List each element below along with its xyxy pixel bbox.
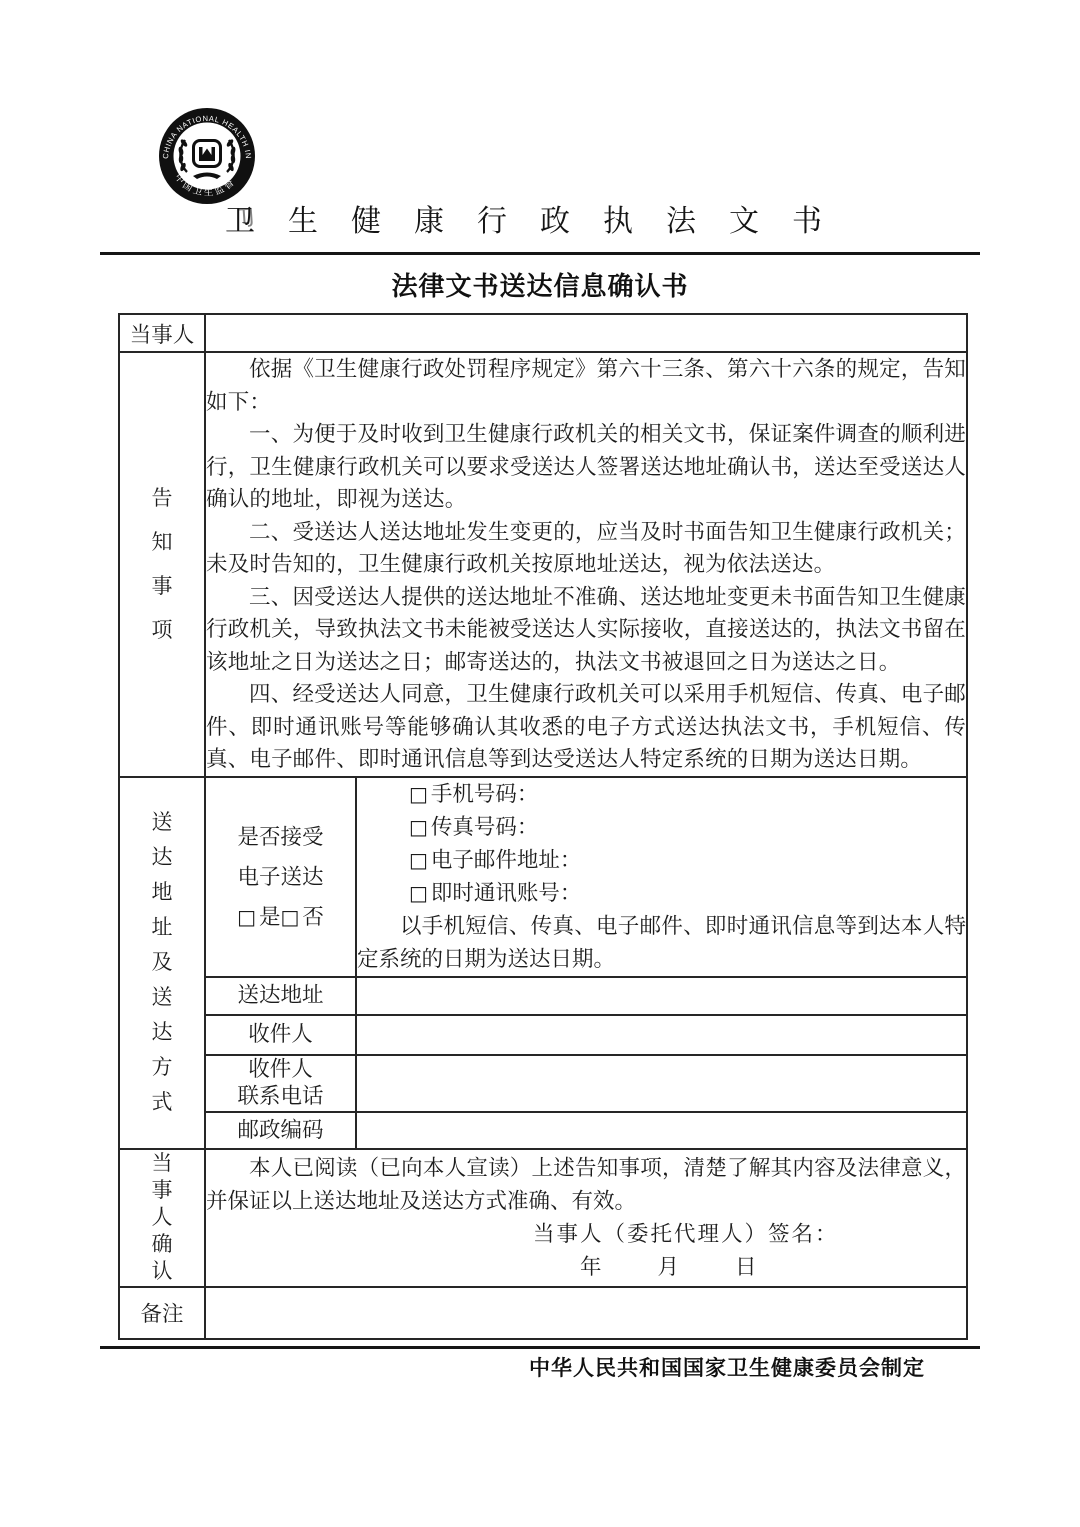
recipient-label: 收件人 — [205, 1015, 356, 1055]
year-label[interactable]: 年 — [580, 1251, 602, 1284]
electronic-question-line: 是否接受 — [206, 817, 355, 857]
notice-paragraph: 依据《卫生健康行政处罚程序规定》第六十三条、第六十六条的规定，告知如下： — [206, 353, 966, 418]
postal-code-value-field[interactable] — [356, 1112, 967, 1149]
party-value-field[interactable] — [205, 314, 967, 352]
date-line: 年月日 — [206, 1251, 966, 1284]
table-row-notice: 告知事项 依据《卫生健康行政处罚程序规定》第六十三条、第六十六条的规定，告知如下… — [119, 352, 967, 777]
signature-label[interactable]: 当事人（委托代理人）签名： — [206, 1218, 966, 1251]
electronic-options-cell: □手机号码： □传真号码： □电子邮件地址： □即时通讯账号： 以手机短信、传真… — [356, 777, 967, 977]
no-label: 否 — [302, 905, 324, 929]
electronic-note: 以手机短信、传真、电子邮件、即时通讯信息等到达本人特定系统的日期为送达日期。 — [357, 910, 966, 976]
electronic-option-fax: □传真号码： — [409, 811, 966, 844]
im-checkbox[interactable]: □ — [409, 881, 428, 905]
address-label: 送达地址 — [205, 977, 356, 1015]
health-inspection-emblem-icon: CHINA NATIONAL HEALTH INSPECTION 中国卫生监督 — [157, 106, 257, 206]
footer-issuer: 中华人民共和国国家卫生健康委员会制定 — [529, 1352, 925, 1382]
email-checkbox[interactable]: □ — [409, 848, 428, 872]
notice-paragraph: 三、因受送达人提供的送达地址不准确、送达地址变更未书面告知卫生健康行政机关，导致… — [206, 581, 966, 679]
party-label: 当事人 — [119, 314, 205, 352]
table-row-confirmation: 当事人确认 本人已阅读（已向本人宣读）上述告知事项，清楚了解其内容及法律意义，并… — [119, 1149, 967, 1287]
notice-label-cell: 告知事项 — [119, 352, 205, 777]
month-label[interactable]: 月 — [658, 1251, 680, 1284]
remark-label: 备注 — [119, 1287, 205, 1339]
im-label: 即时通讯账号： — [431, 881, 582, 905]
table-row-remark: 备注 — [119, 1287, 967, 1339]
fax-checkbox[interactable]: □ — [409, 815, 428, 839]
remark-value-field[interactable] — [205, 1287, 967, 1339]
confirmation-label: 当事人确认 — [150, 1150, 174, 1285]
confirmation-label-cell: 当事人确认 — [119, 1149, 205, 1287]
document-page: CHINA NATIONAL HEALTH INSPECTION 中国卫生监督 … — [0, 0, 1080, 1527]
electronic-option-im: □即时通讯账号： — [409, 877, 966, 910]
recipient-value-field[interactable] — [356, 1015, 967, 1055]
page-title: 法律文书送达信息确认书 — [0, 269, 1080, 303]
header-divider — [100, 252, 980, 255]
electronic-option-mobile: □手机号码： — [409, 778, 966, 811]
notice-paragraph: 四、经受送达人同意，卫生健康行政机关可以采用手机短信、传真、电子邮件、即时通讯账… — [206, 678, 966, 776]
electronic-question-line: 电子送达 — [206, 857, 355, 897]
service-confirmation-form: 当事人 告知事项 依据《卫生健康行政处罚程序规定》第六十三条、第六十六条的规定，… — [118, 313, 968, 1340]
confirmation-statement: 本人已阅读（已向本人宣读）上述告知事项，清楚了解其内容及法律意义，并保证以上送达… — [206, 1152, 966, 1218]
electronic-yes-no-line: □是□否 — [206, 897, 355, 937]
mobile-checkbox[interactable]: □ — [409, 782, 428, 806]
table-row-address: 送达地址 — [119, 977, 967, 1015]
confirmation-text-cell: 本人已阅读（已向本人宣读）上述告知事项，清楚了解其内容及法律意义，并保证以上送达… — [205, 1149, 967, 1287]
notice-text-cell: 依据《卫生健康行政处罚程序规定》第六十三条、第六十六条的规定，告知如下： 一、为… — [205, 352, 967, 777]
postal-code-label: 邮政编码 — [205, 1112, 356, 1149]
mobile-label: 手机号码： — [431, 782, 539, 806]
email-label: 电子邮件地址： — [431, 848, 582, 872]
yes-label: 是 — [259, 905, 281, 929]
footer-divider — [100, 1346, 980, 1349]
recipient-phone-label: 收件人 联系电话 — [205, 1055, 356, 1112]
notice-paragraph: 一、为便于及时收到卫生健康行政机关的相关文书，保证案件调查的顺利进行，卫生健康行… — [206, 418, 966, 516]
yes-checkbox[interactable]: □ — [237, 905, 256, 929]
document-category-heading: 卫生健康行政执法文书 — [0, 201, 1080, 243]
table-row-electronic-service: 送达地址及送达方式 是否接受 电子送达 □是□否 □手机号码： □传真号码： □… — [119, 777, 967, 977]
recipient-phone-value-field[interactable] — [356, 1055, 967, 1112]
electronic-option-email: □电子邮件地址： — [409, 844, 966, 877]
table-row-recipient-phone: 收件人 联系电话 — [119, 1055, 967, 1112]
electronic-question-cell: 是否接受 电子送达 □是□否 — [205, 777, 356, 977]
service-label-cell: 送达地址及送达方式 — [119, 777, 205, 1149]
service-label: 送达地址及送达方式 — [150, 805, 174, 1120]
table-row-postal-code: 邮政编码 — [119, 1112, 967, 1149]
notice-label: 告知事项 — [150, 476, 174, 652]
no-checkbox[interactable]: □ — [281, 905, 300, 929]
table-row-recipient: 收件人 — [119, 1015, 967, 1055]
day-label[interactable]: 日 — [735, 1251, 757, 1284]
fax-label: 传真号码： — [431, 815, 539, 839]
notice-paragraph: 二、受送达人送达地址发生变更的，应当及时书面告知卫生健康行政机关；未及时告知的，… — [206, 516, 966, 581]
table-row-party: 当事人 — [119, 314, 967, 352]
address-value-field[interactable] — [356, 977, 967, 1015]
